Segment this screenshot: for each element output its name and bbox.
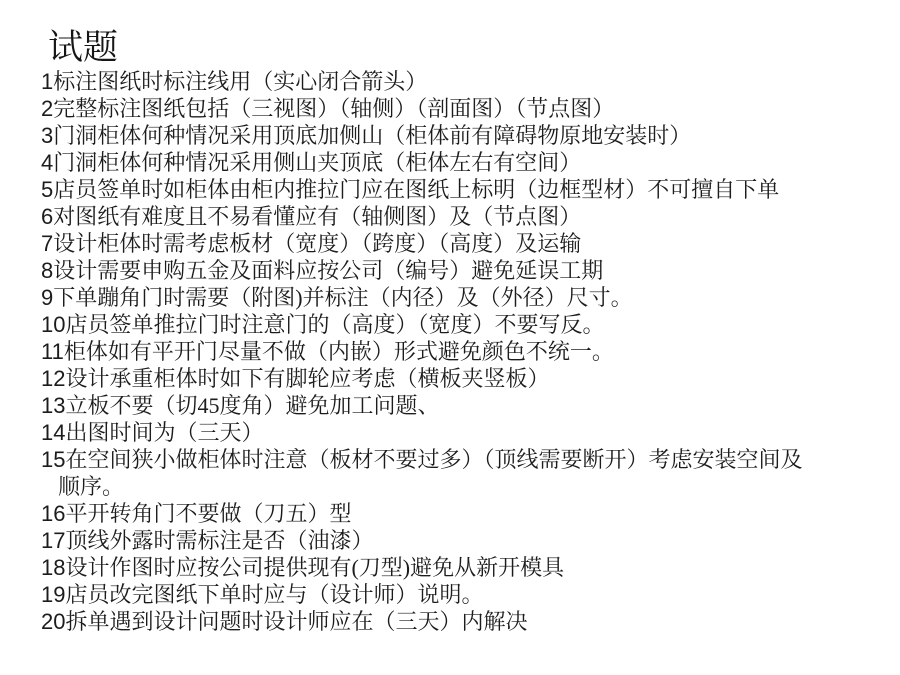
question-text: 店员签单时如柜体由柜内推拉门应在图纸上标明（边框型材）不可擅自下单 (53, 177, 779, 202)
question-text: 完整标注图纸包括（三视图）（轴侧）（剖面图）（节点图） (53, 96, 614, 121)
question-text: 设计作图时应按公司提供现有(刀型)避免从新开模具 (65, 555, 564, 580)
question-line: 2完整标注图纸包括（三视图）（轴侧）（剖面图）（节点图） (41, 95, 890, 122)
question-line-continuation: 顺序。 (41, 473, 890, 500)
question-text: 设计柜体时需考虑板材（宽度）（跨度）（高度）及运输 (53, 231, 581, 256)
question-item: 7设计柜体时需考虑板材（宽度）（跨度）（高度）及运输 (41, 230, 890, 257)
question-item: 2完整标注图纸包括（三视图）（轴侧）（剖面图）（节点图） (41, 95, 890, 122)
question-item: 10店员签单推拉门时注意门的（高度）（宽度）不要写反。 (41, 311, 890, 338)
question-line: 7设计柜体时需考虑板材（宽度）（跨度）（高度）及运输 (41, 230, 890, 257)
question-text: 柜体如有平开门尽量不做（内嵌）形式避免颜色不统一。 (64, 339, 614, 364)
question-number: 3 (41, 123, 53, 148)
question-text: 对图纸有难度且不易看懂应有（轴侧图）及（节点图） (53, 204, 581, 229)
question-text: 设计需要申购五金及面料应按公司（编号）避免延误工期 (53, 258, 603, 283)
question-text: 出图时间为（三天） (65, 420, 263, 445)
question-number: 12 (41, 366, 65, 391)
question-number: 18 (41, 555, 65, 580)
question-number: 5 (41, 177, 53, 202)
question-line: 8设计需要申购五金及面料应按公司（编号）避免延误工期 (41, 257, 890, 284)
question-line: 1标注图纸时标注线用（实心闭合箭头） (41, 68, 890, 95)
question-line: 5店员签单时如柜体由柜内推拉门应在图纸上标明（边框型材）不可擅自下单 (41, 176, 890, 203)
slide-page: 试题 1标注图纸时标注线用（实心闭合箭头）2完整标注图纸包括（三视图）（轴侧）（… (0, 0, 900, 675)
question-number: 4 (41, 150, 53, 175)
question-text: 拆单遇到设计问题时设计师应在（三天）内解决 (65, 609, 527, 634)
question-line: 16平开转角门不要做（刀五）型 (41, 500, 890, 527)
question-number: 7 (41, 231, 53, 256)
question-text: 门洞柜体何种情况采用侧山夹顶底（柜体左右有空间） (53, 150, 581, 175)
question-line: 10店员签单推拉门时注意门的（高度）（宽度）不要写反。 (41, 311, 890, 338)
question-line: 14出图时间为（三天） (41, 419, 890, 446)
question-number: 11 (41, 339, 64, 364)
question-number: 20 (41, 609, 65, 634)
question-number: 9 (41, 285, 53, 310)
question-line: 20拆单遇到设计问题时设计师应在（三天）内解决 (41, 608, 890, 635)
question-item: 15在空间狭小做柜体时注意（板材不要过多）（顶线需要断开）考虑安装空间及顺序。 (41, 446, 890, 500)
question-line: 17顶线外露时需标注是否（油漆） (41, 527, 890, 554)
question-item: 5店员签单时如柜体由柜内推拉门应在图纸上标明（边框型材）不可擅自下单 (41, 176, 890, 203)
question-text: 标注图纸时标注线用（实心闭合箭头） (53, 69, 427, 94)
question-number: 1 (41, 69, 53, 94)
question-number: 2 (41, 96, 53, 121)
question-text: 门洞柜体何种情况采用顶底加侧山（柜体前有障碍物原地安装时） (53, 123, 691, 148)
question-number: 16 (41, 501, 65, 526)
question-item: 9下单蹦角门时需要（附图)并标注（内径）及（外径）尺寸。 (41, 284, 890, 311)
question-line: 11柜体如有平开门尽量不做（内嵌）形式避免颜色不统一。 (41, 338, 890, 365)
question-line: 19店员改完图纸下单时应与（设计师）说明。 (41, 581, 890, 608)
question-line: 3门洞柜体何种情况采用顶底加侧山（柜体前有障碍物原地安装时） (41, 122, 890, 149)
question-item: 17顶线外露时需标注是否（油漆） (41, 527, 890, 554)
question-number: 17 (41, 528, 65, 553)
question-line: 12设计承重柜体时如下有脚轮应考虑（横板夹竖板） (41, 365, 890, 392)
question-text: 立板不要（切45度角）避免加工问题、 (65, 393, 439, 418)
question-number: 8 (41, 258, 53, 283)
question-item: 1标注图纸时标注线用（实心闭合箭头） (41, 68, 890, 95)
question-item: 18设计作图时应按公司提供现有(刀型)避免从新开模具 (41, 554, 890, 581)
question-item: 4门洞柜体何种情况采用侧山夹顶底（柜体左右有空间） (41, 149, 890, 176)
question-item: 13立板不要（切45度角）避免加工问题、 (41, 392, 890, 419)
question-item: 3门洞柜体何种情况采用顶底加侧山（柜体前有障碍物原地安装时） (41, 122, 890, 149)
question-line: 4门洞柜体何种情况采用侧山夹顶底（柜体左右有空间） (41, 149, 890, 176)
question-item: 20拆单遇到设计问题时设计师应在（三天）内解决 (41, 608, 890, 635)
question-item: 11柜体如有平开门尽量不做（内嵌）形式避免颜色不统一。 (41, 338, 890, 365)
question-line: 18设计作图时应按公司提供现有(刀型)避免从新开模具 (41, 554, 890, 581)
question-number: 13 (41, 393, 65, 418)
question-text: 在空间狭小做柜体时注意（板材不要过多）（顶线需要断开）考虑安装空间及 (65, 447, 802, 472)
question-list: 1标注图纸时标注线用（实心闭合箭头）2完整标注图纸包括（三视图）（轴侧）（剖面图… (41, 68, 890, 635)
question-item: 8设计需要申购五金及面料应按公司（编号）避免延误工期 (41, 257, 890, 284)
question-line: 15在空间狭小做柜体时注意（板材不要过多）（顶线需要断开）考虑安装空间及 (41, 446, 890, 473)
question-number: 14 (41, 420, 65, 445)
question-text: 店员改完图纸下单时应与（设计师）说明。 (65, 582, 483, 607)
question-text: 顶线外露时需标注是否（油漆） (65, 528, 373, 553)
question-item: 16平开转角门不要做（刀五）型 (41, 500, 890, 527)
question-text: 下单蹦角门时需要（附图)并标注（内径）及（外径）尺寸。 (53, 285, 632, 310)
page-title: 试题 (48, 27, 118, 68)
question-line: 6对图纸有难度且不易看懂应有（轴侧图）及（节点图） (41, 203, 890, 230)
question-text: 店员签单推拉门时注意门的（高度）（宽度）不要写反。 (65, 312, 604, 337)
question-item: 6对图纸有难度且不易看懂应有（轴侧图）及（节点图） (41, 203, 890, 230)
question-item: 19店员改完图纸下单时应与（设计师）说明。 (41, 581, 890, 608)
question-text: 设计承重柜体时如下有脚轮应考虑（横板夹竖板） (65, 366, 549, 391)
question-number: 15 (41, 447, 65, 472)
question-line: 13立板不要（切45度角）避免加工问题、 (41, 392, 890, 419)
question-number: 19 (41, 582, 65, 607)
question-number: 6 (41, 204, 53, 229)
question-number: 10 (41, 312, 65, 337)
question-line: 9下单蹦角门时需要（附图)并标注（内径）及（外径）尺寸。 (41, 284, 890, 311)
question-item: 12设计承重柜体时如下有脚轮应考虑（横板夹竖板） (41, 365, 890, 392)
question-item: 14出图时间为（三天） (41, 419, 890, 446)
question-text: 平开转角门不要做（刀五）型 (65, 501, 351, 526)
